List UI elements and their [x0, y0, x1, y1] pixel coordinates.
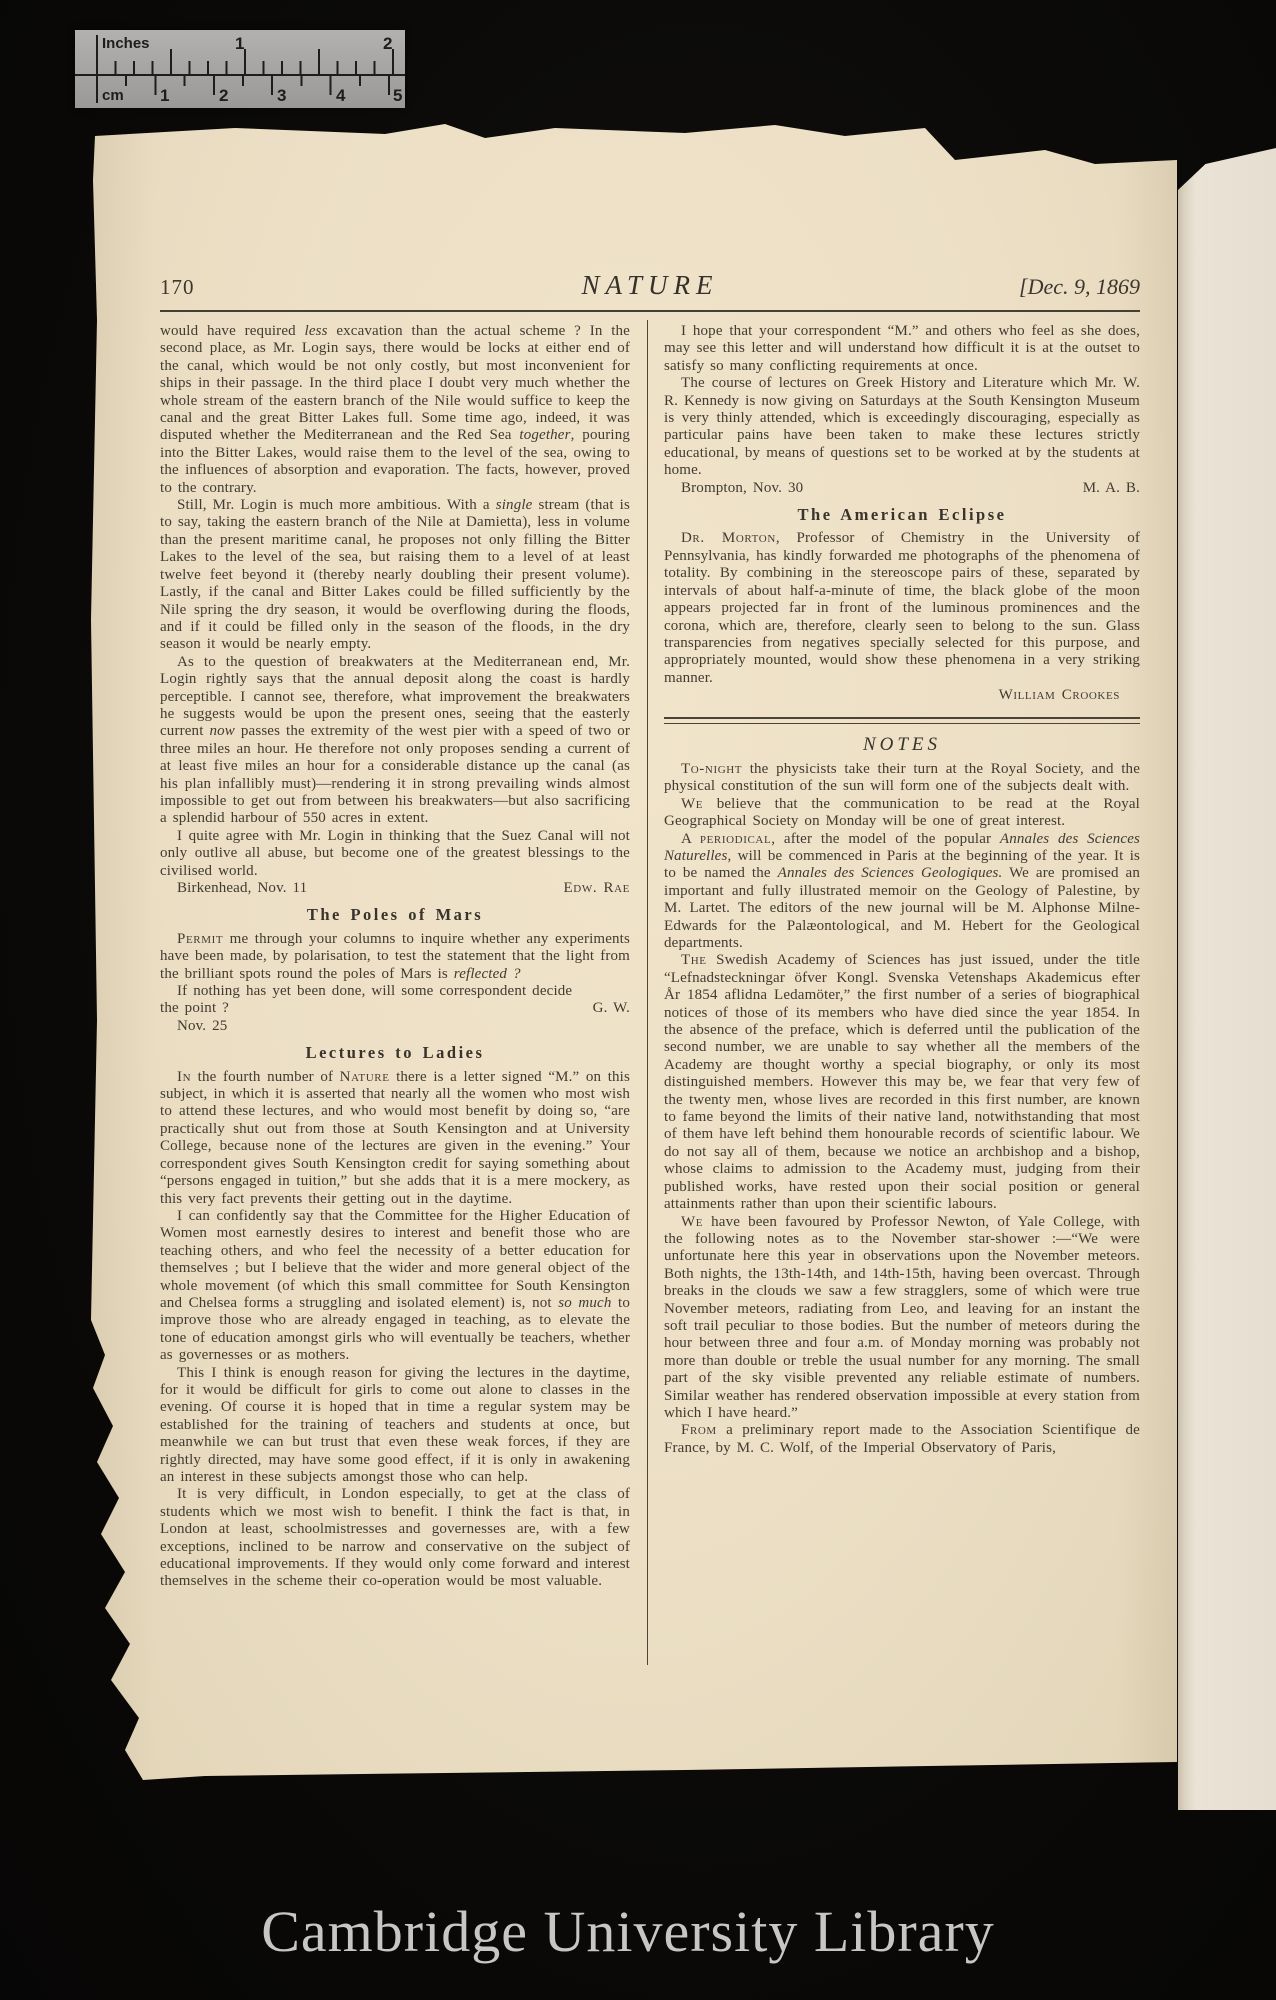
adjacent-page-edge — [1178, 148, 1276, 1810]
ruler-cm-number: 3 — [277, 86, 286, 106]
text-line: Nov. 25 — [160, 1018, 630, 1035]
signature-name: Edw. Rae — [564, 880, 630, 897]
ruler-cm-number: 2 — [219, 86, 228, 106]
paragraph: If nothing has yet been done, will some … — [160, 983, 630, 1000]
ruler-cm-number: 4 — [336, 86, 345, 106]
paragraph: As to the question of breakwaters at the… — [160, 654, 630, 828]
paragraph: would have required less excavation than… — [160, 323, 630, 497]
signature-place: the point ? — [160, 1000, 229, 1017]
paragraph: This I think is enough reason for giving… — [160, 1365, 630, 1487]
ruler-cm-ticks — [96, 76, 405, 96]
signature-place: Birkenhead, Nov. 11 — [160, 880, 307, 897]
left-column: would have required less excavation than… — [160, 323, 630, 1591]
paragraph: Permit me through your columns to inquir… — [160, 931, 630, 983]
paragraph: I quite agree with Mr. Login in thinking… — [160, 828, 630, 880]
scanned-document-view: Inches 12 cm 12345 170 NATURE [Dec. 9, 1… — [0, 0, 1276, 2000]
section-heading: The Poles of Mars — [160, 906, 630, 923]
signature-row: Brompton, Nov. 30M. A. B. — [664, 480, 1140, 497]
section-heading: The American Eclipse — [664, 506, 1140, 523]
signature-name: M. A. B. — [1083, 480, 1140, 497]
notes-heading: NOTES — [664, 736, 1140, 753]
ruler-cm-row: cm 12345 — [75, 76, 405, 108]
ruler-inch-number: 2 — [383, 34, 392, 54]
page-header: 170 NATURE [Dec. 9, 1869 — [160, 270, 1140, 301]
ruler-inches-row: Inches 12 — [75, 30, 405, 76]
paragraph: The Swedish Academy of Sciences has just… — [664, 952, 1140, 1213]
issue-date: [Dec. 9, 1869 — [940, 274, 1140, 300]
ruler-inch-ticks — [96, 48, 405, 74]
journal-title: NATURE — [360, 270, 940, 301]
ruler-cm-number: 5 — [393, 86, 402, 106]
paragraph: We have been favoured by Professor Newto… — [664, 1214, 1140, 1423]
paragraph: I can confidently say that the Committee… — [160, 1208, 630, 1365]
page-number: 170 — [160, 275, 360, 300]
page-content: 170 NATURE [Dec. 9, 1869 would have requ… — [160, 270, 1140, 1591]
signature-row: William Crookes — [664, 687, 1140, 704]
paragraph: The course of lectures on Greek History … — [664, 375, 1140, 479]
paragraph: A periodical, after the model of the pop… — [664, 831, 1140, 953]
paragraph: It is very difficult, in London especial… — [160, 1486, 630, 1590]
text-columns: would have required less excavation than… — [160, 323, 1140, 1591]
paragraph: Still, Mr. Login is much more ambitious.… — [160, 497, 630, 654]
signature-row: Birkenhead, Nov. 11Edw. Rae — [160, 880, 630, 897]
signature-row: the point ?G. W. — [160, 1000, 630, 1017]
paragraph: From a preliminary report made to the As… — [664, 1422, 1140, 1457]
paragraph: In the fourth number of Nature there is … — [160, 1069, 630, 1208]
paragraph: I hope that your correspondent “M.” and … — [664, 323, 1140, 375]
paragraph: We believe that the communication to be … — [664, 796, 1140, 831]
signature-name: G. W. — [593, 1000, 630, 1017]
library-caption: Cambridge University Library — [0, 1898, 1266, 1965]
header-rule — [160, 310, 1140, 312]
measurement-ruler: Inches 12 cm 12345 — [75, 30, 405, 108]
section-heading: Lectures to Ladies — [160, 1044, 630, 1061]
signature-place: Brompton, Nov. 30 — [664, 480, 803, 497]
page-scan: 170 NATURE [Dec. 9, 1869 would have requ… — [85, 120, 1177, 1780]
ruler-inch-number: 1 — [235, 34, 244, 54]
paragraph: Dr. Morton, Professor of Chemistry in th… — [664, 530, 1140, 687]
paragraph: To-night the physicists take their turn … — [664, 761, 1140, 796]
right-column: I hope that your correspondent “M.” and … — [664, 323, 1140, 1591]
ruler-cm-number: 1 — [160, 86, 169, 106]
double-rule — [664, 717, 1140, 724]
signature-name: William Crookes — [999, 687, 1140, 704]
